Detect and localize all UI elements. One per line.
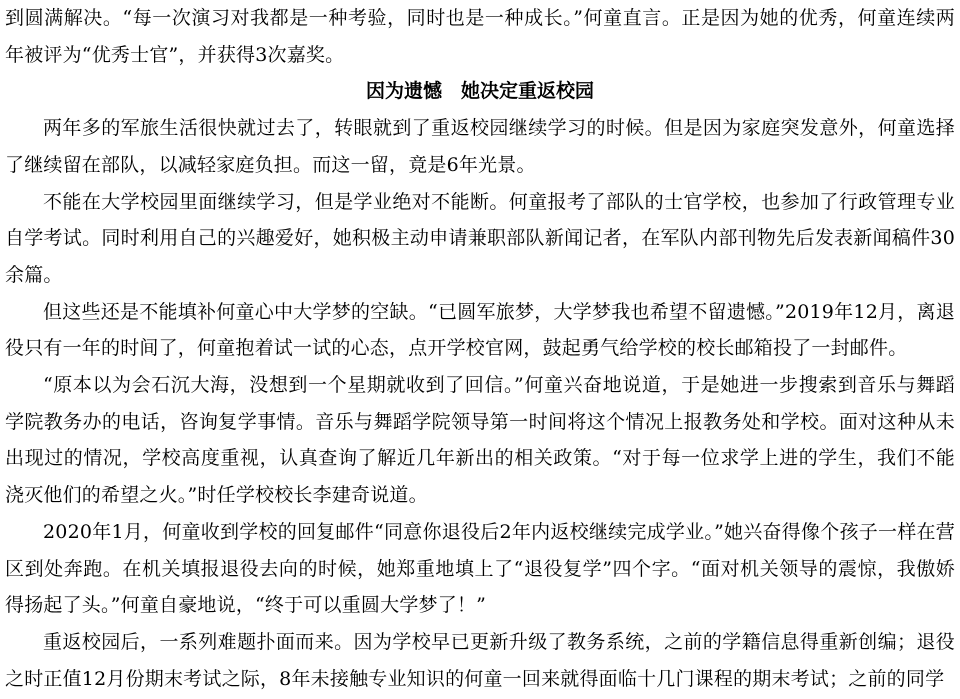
paragraph-army-life: 两年多的军旅生活很快就过去了，转眼就到了重返校园继续学习的时候。但是因为家庭突发… (5, 110, 955, 183)
paragraph-email-to-principal: 但这些还是不能填补何童心中大学梦的空缺。“已圆军旅梦，大学梦我也希望不留遗憾。”… (5, 294, 955, 367)
paragraph-school-reply-policy: “原本以为会石沉大海，没想到一个星期就收到了回信。”何童兴奋地说道，于是她进一步… (5, 367, 955, 514)
section-heading: 因为遗憾 她决定重返校园 (5, 73, 955, 110)
paragraph-return-approval: 2020年1月，何童收到学校的回复邮件“同意你退役后2年内返校继续完成学业。”她… (5, 514, 955, 624)
document-page: 到圆满解决。“每一次演习对我都是一种考验，同时也是一种成长。”何童直言。正是因为… (0, 0, 960, 699)
paragraph-self-study: 不能在大学校园里面继续学习，但是学业绝对不能断。何童报考了部队的士官学校，也参加… (5, 184, 955, 294)
intro-continuation-paragraph: 到圆满解决。“每一次演习对我都是一种考验，同时也是一种成长。”何童直言。正是因为… (5, 0, 955, 73)
paragraph-back-to-campus-difficulties: 重返校园后，一系列难题扑面而来。因为学校早已更新升级了教务系统，之前的学籍信息得… (5, 624, 955, 697)
